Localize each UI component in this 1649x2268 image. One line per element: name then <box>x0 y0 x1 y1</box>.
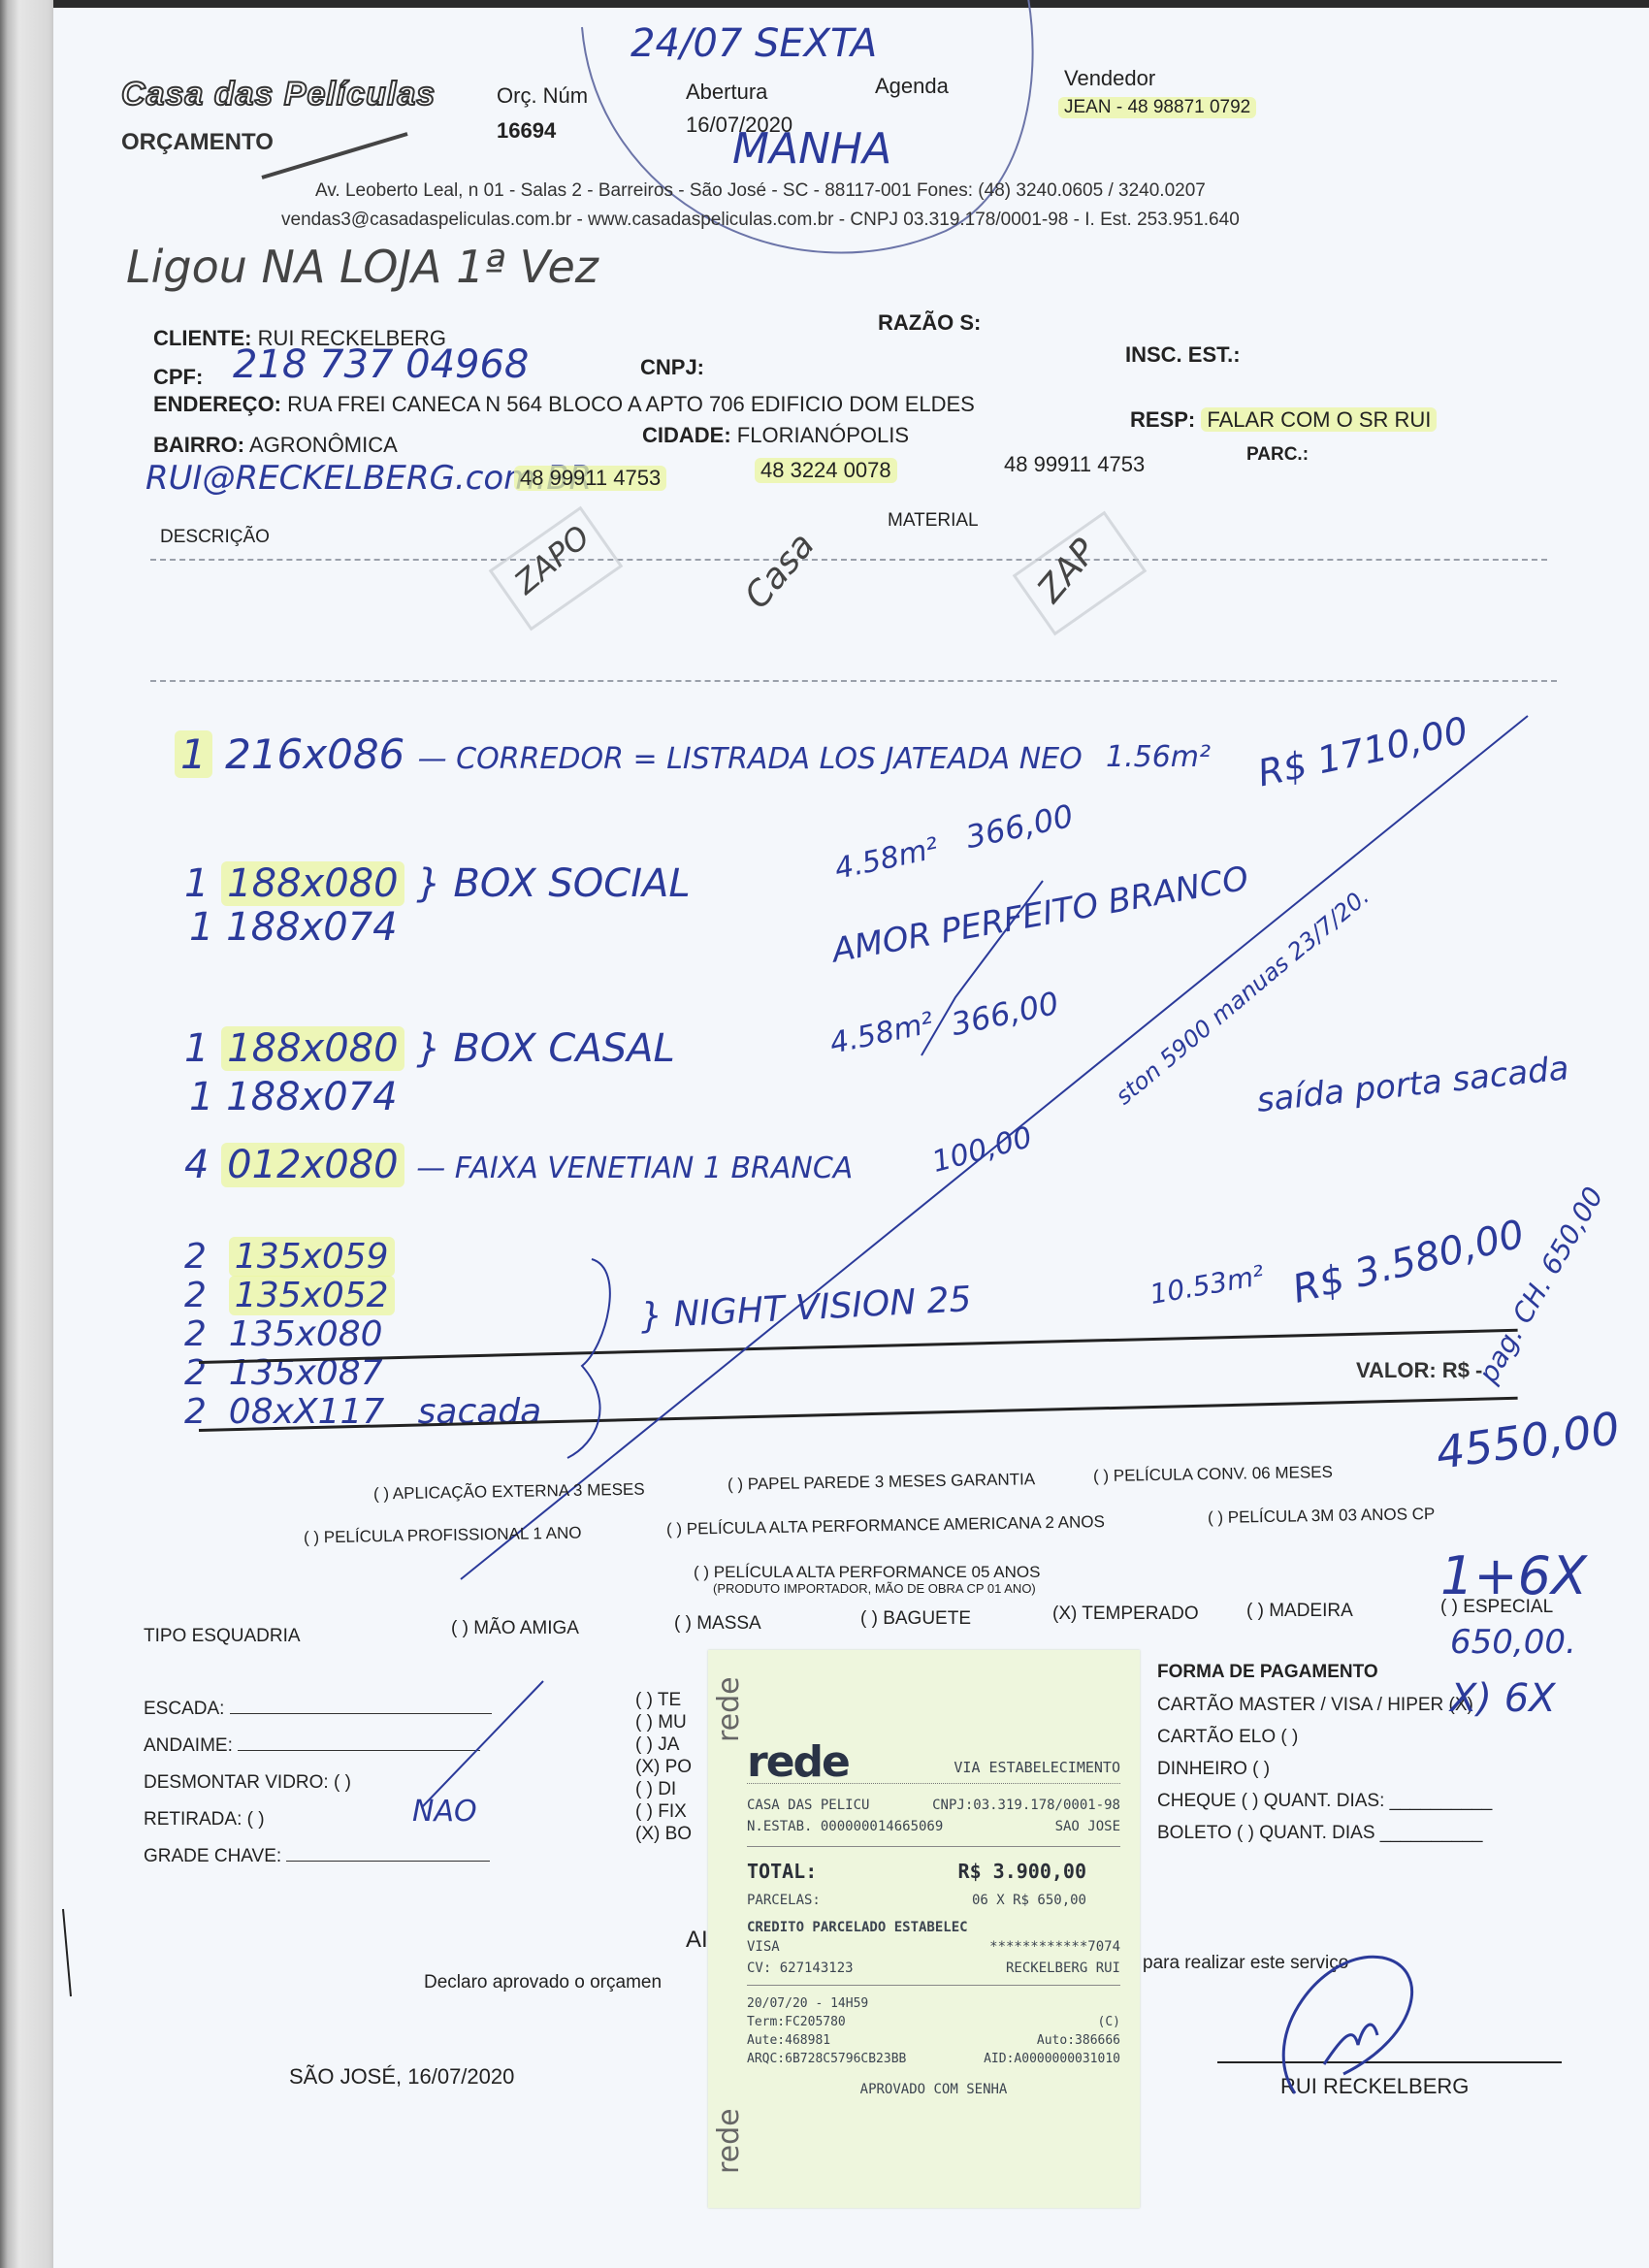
payment-options: CARTÃO MASTER / VISA / HIPER (X) CARTÃO … <box>1157 1689 1492 1849</box>
quote-document: Casa das Películas ORÇAMENTO Orç. Núm 16… <box>53 8 1649 2268</box>
esquadria-option[interactable]: ( ) MADEIRA <box>1246 1601 1353 1622</box>
scan-top-border <box>0 0 1649 8</box>
card-receipt: rede rede VIA ESTABELECIMENTO CASA DAS P… <box>708 1650 1140 2208</box>
glass-type-option[interactable]: ( ) JA <box>635 1733 692 1756</box>
receipt-cv-row: CV: 627143123RECKELBERG RUI <box>747 1960 1120 1976</box>
receipt-term-row: Term:FC205780(C) <box>747 2015 1120 2029</box>
esquadria-option[interactable]: ( ) ESPECIAL <box>1440 1597 1553 1618</box>
approval-heading: AI <box>686 1927 708 1954</box>
rede-side-logo: rede <box>712 1676 746 1742</box>
payment-handwritten: X) 6X <box>1450 1676 1556 1721</box>
receipt-card-row: VISA************7074 <box>747 1939 1120 1955</box>
signature <box>1266 1919 1508 2113</box>
warranty-option[interactable]: ( ) PELÍCULA 3M 03 ANOS CP <box>1208 1505 1436 1528</box>
rede-side-logo: rede <box>712 2108 746 2174</box>
margin-mark <box>53 8 247 2045</box>
receipt-arqc-row: ARQC:6B728C5796CB23BBAID:A0000000031010 <box>747 2052 1120 2066</box>
payment-title: FORMA DE PAGAMENTO <box>1157 1662 1378 1683</box>
receipt-estab-row: N.ESTAB. 000000014665069SAO JOSE <box>747 1819 1120 1834</box>
payment-option-boleto[interactable]: BOLETO ( ) QUANT. DIAS __________ <box>1157 1817 1492 1849</box>
payment-option-elo[interactable]: CARTÃO ELO ( ) <box>1157 1721 1492 1753</box>
glass-type-option[interactable]: ( ) MU <box>635 1711 692 1733</box>
receipt-datetime: 20/07/20 - 14H59 <box>747 1996 1120 2011</box>
esquadria-option-checked[interactable]: (X) TEMPERADO <box>1052 1604 1199 1625</box>
place-date: SÃO JOSÉ, 16/07/2020 <box>289 2064 514 2090</box>
glass-type-option-checked[interactable]: (X) PO <box>635 1756 692 1778</box>
installment-value-handwritten: 650,00. <box>1450 1623 1576 1662</box>
esquadria-option[interactable]: ( ) BAGUETE <box>860 1608 971 1630</box>
receipt-total-row: TOTAL:R$ 3.900,00 <box>747 1860 1086 1883</box>
glass-type-option[interactable]: ( ) FIX <box>635 1800 692 1823</box>
receipt-parcelas-row: PARCELAS:06 X R$ 650,00 <box>747 1893 1086 1908</box>
receipt-auth-row: Aute:468981Auto:386666 <box>747 2033 1120 2048</box>
receipt-divider <box>747 1846 1120 1847</box>
payment-option-card[interactable]: CARTÃO MASTER / VISA / HIPER (X) <box>1157 1689 1492 1721</box>
payment-option-cheque[interactable]: CHEQUE ( ) QUANT. DIAS: __________ <box>1157 1785 1492 1817</box>
receipt-divider <box>747 1783 1120 1784</box>
receipt-divider <box>747 1985 1120 1986</box>
glass-type-list: ( ) TE ( ) MU ( ) JA (X) PO ( ) DI ( ) F… <box>635 1689 692 1845</box>
glass-type-option-checked[interactable]: (X) BO <box>635 1823 692 1845</box>
glass-type-option[interactable]: ( ) TE <box>635 1689 692 1711</box>
glass-type-option[interactable]: ( ) DI <box>635 1778 692 1800</box>
receipt-type: CREDITO PARCELADO ESTABELEC <box>747 1920 1120 1935</box>
approval-declaration-left: Declaro aprovado o orçamen <box>424 1972 662 1993</box>
receipt-status: APROVADO COM SENHA <box>747 2082 1120 2097</box>
scan-left-edge <box>0 0 53 2268</box>
payment-option-cash[interactable]: DINHEIRO ( ) <box>1157 1753 1492 1785</box>
receipt-merchant-row: CASA DAS PELICUCNPJ:03.319.178/0001-98 <box>747 1798 1120 1813</box>
receipt-via: VIA ESTABELECIMENTO <box>747 1759 1120 1776</box>
